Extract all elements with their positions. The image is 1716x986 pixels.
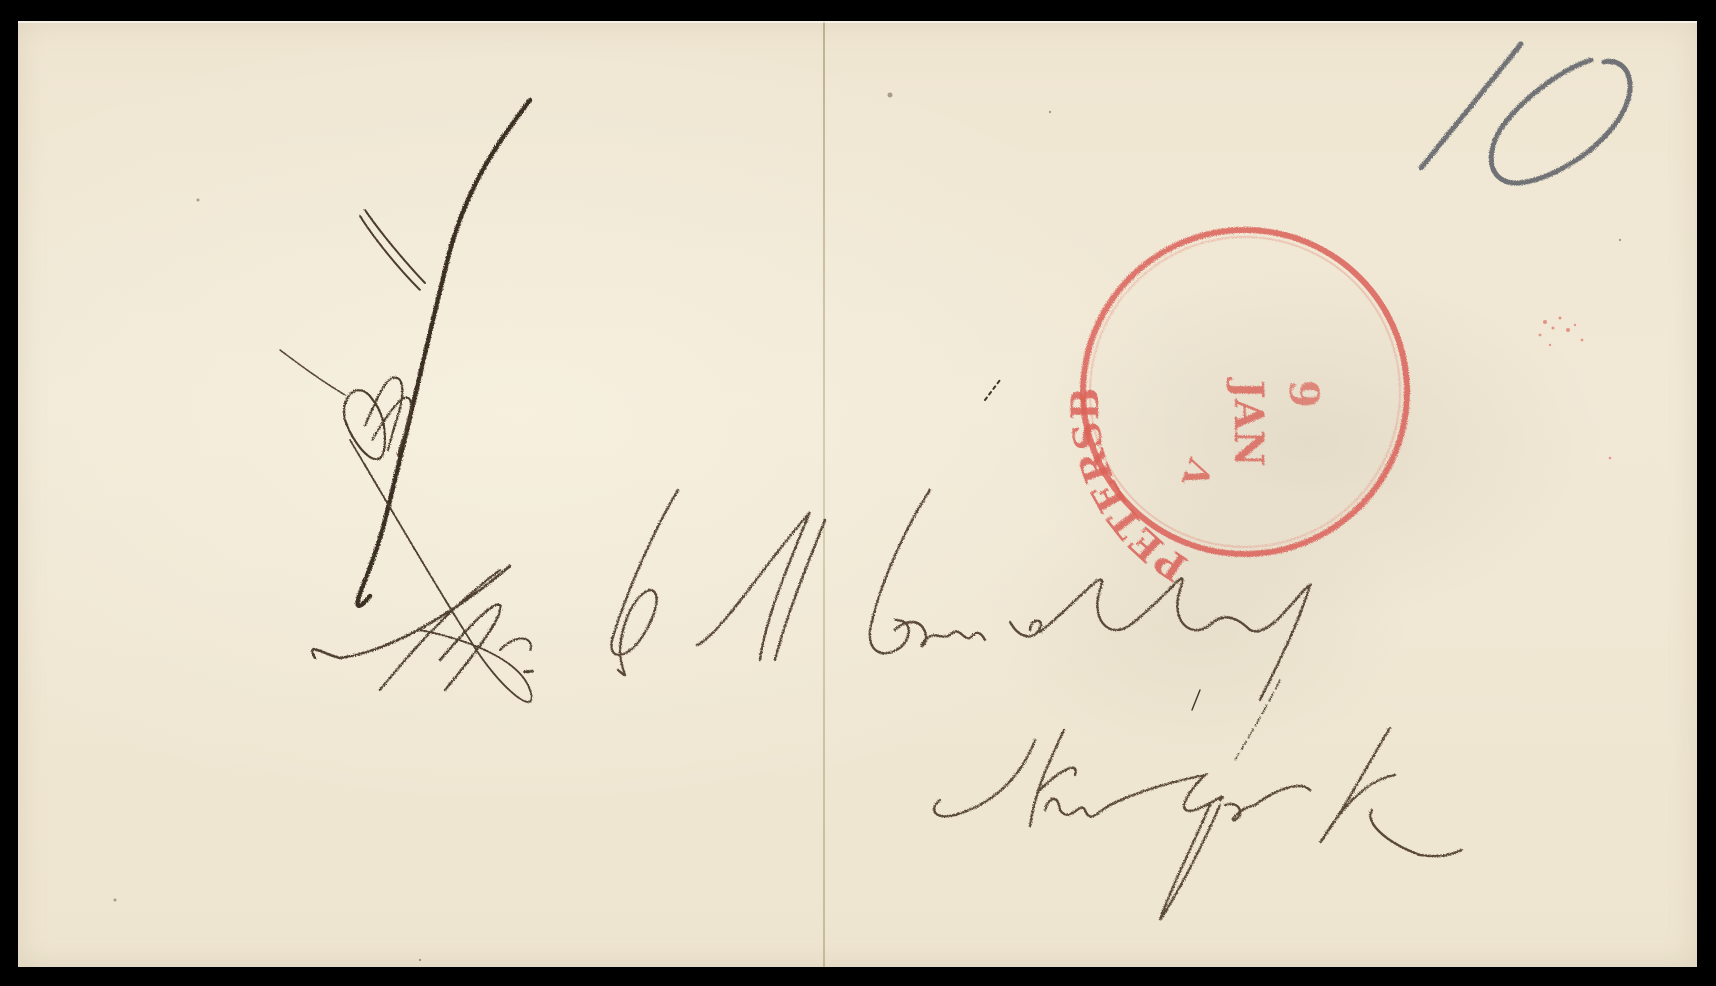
postmark-state: V: [1176, 454, 1223, 494]
docket-signature: [280, 100, 530, 606]
postmark: PETERSB V 9 JAN: [1062, 228, 1407, 590]
addressee-city: [934, 728, 1462, 920]
paper-specks: [114, 93, 1622, 962]
postmark-ink-speckle: [1539, 317, 1612, 460]
rate-marking-10: [1421, 44, 1630, 183]
addressee-salutation: [312, 440, 532, 702]
postmark-town: PETERSB: [1062, 388, 1195, 591]
postmark-day: 9: [1280, 380, 1327, 408]
addressee-name: [611, 490, 1310, 760]
handwriting-layer: PETERSB V 9 JAN: [0, 0, 1716, 986]
postmark-month: JAN: [1225, 377, 1272, 467]
